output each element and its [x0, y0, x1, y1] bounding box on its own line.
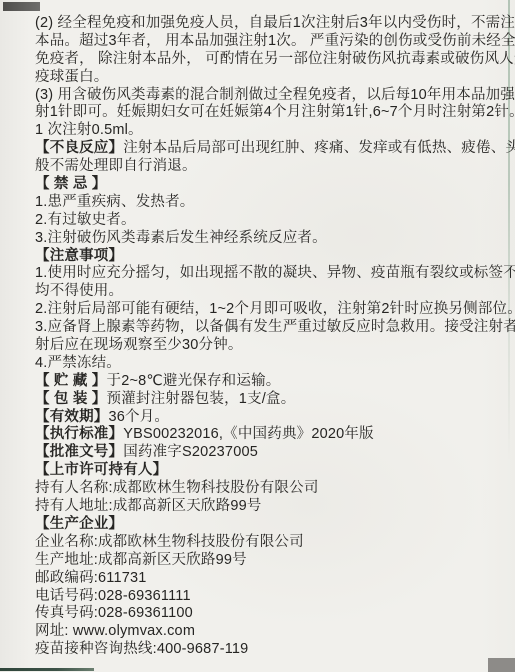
section-heading: 【注意事项】 [35, 248, 123, 264]
text-line: 1.患严重疾病、发热者。 [35, 194, 487, 212]
text-line: 疫苗接种咨询热线:400-9687-119 [35, 641, 487, 659]
line-text: 疫苗接种咨询热线:400-9687-119 [35, 641, 248, 657]
line-text: 射1针即可。妊娠期妇女可在妊娠第4个月注射第1针,6~7个月时注射第2针。每 [35, 104, 515, 120]
line-text: 射后应在现场观察至少30分钟。 [35, 337, 243, 353]
line-text: 3.应备肾上腺素等药物，以备偶有发生严重过敏反应时急救用。接受注射者在注 [35, 319, 515, 335]
line-text: 于2~8℃避光保存和运输。 [107, 373, 281, 389]
line-text: 预灌封注射器包装，1支/盒。 [107, 391, 296, 407]
text-line: 【批准文号】国药准字S20237005 [35, 444, 487, 462]
line-text: 国药准字S20237005 [123, 444, 258, 460]
text-line: 企业名称:成都欧林生物科技股份有限公司 [35, 534, 487, 552]
line-text: 免疫者， 除注射本品外， 可酌情在另一部位注射破伤风抗毒素或破伤风人免 [35, 51, 515, 67]
line-text: 2.有过敏史者。 [35, 212, 136, 228]
text-line: 本品。超过3年者， 用本品加强注射1次。 严重污染的创伤或受伤前未经全程 [35, 33, 487, 51]
text-line: 持有人地址:成都高新区天欣路99号 [35, 498, 487, 516]
text-line: 般不需处理即自行消退。 [35, 158, 487, 176]
line-text: 生产地址:成都高新区天欣路99号 [35, 552, 247, 568]
line-text: 邮政编码:611731 [35, 570, 147, 586]
text-line: 【不良反应】注射本品后局部可出现红肿、疼痛、发痒或有低热、疲倦、头痛等，一 [35, 140, 487, 158]
scan-artifact-bottom-right [488, 658, 515, 672]
text-line: 3.应备肾上腺素等药物，以备偶有发生严重过敏反应时急救用。接受注射者在注 [35, 319, 487, 337]
text-line: 1.使用时应充分摇匀，如出现摇不散的凝块、异物、疫苗瓶有裂纹或标签不清者， [35, 265, 487, 283]
section-heading: 【 贮 藏 】 [35, 373, 107, 389]
text-line: (2) 经全程免疫和加强免疫人员，自最后1次注射后3年以内受伤时，不需注射 [35, 15, 487, 33]
line-text: 4.严禁冻结。 [35, 355, 121, 371]
text-line: 2.有过敏史者。 [35, 212, 487, 230]
text-line: 疫球蛋白。 [35, 69, 487, 87]
document-body: (2) 经全程免疫和加强免疫人员，自最后1次注射后3年以内受伤时，不需注射 本品… [35, 15, 487, 659]
line-text: 持有人名称:成都欧林生物科技股份有限公司 [35, 480, 319, 496]
line-text: 电话号码:028-69361111 [35, 588, 191, 604]
text-line: 【执行标准】YBS00232016,《中国药典》2020年版 [35, 426, 487, 444]
section-heading: 【 禁 忌 】 [35, 176, 107, 192]
line-text: 注射本品后局部可出现红肿、疼痛、发痒或有低热、疲倦、头痛等，一 [123, 140, 515, 156]
line-text: 36个月。 [109, 409, 170, 425]
scan-edge-strip-bottom-left [0, 668, 94, 671]
text-line: 【注意事项】 [35, 248, 487, 266]
line-text: 1.使用时应充分摇匀，如出现摇不散的凝块、异物、疫苗瓶有裂纹或标签不清者， [35, 265, 515, 281]
text-line: 邮政编码:611731 [35, 570, 487, 588]
text-line: 【 禁 忌 】 [35, 176, 487, 194]
section-heading: 【上市许可持有人】 [35, 462, 167, 478]
line-text: 1.患严重疾病、发热者。 [35, 194, 195, 210]
text-line: 射1针即可。妊娠期妇女可在妊娠第4个月注射第1针,6~7个月时注射第2针。每 [35, 104, 487, 122]
text-line: 【有效期】36个月。 [35, 409, 487, 427]
text-line: 射后应在现场观察至少30分钟。 [35, 337, 487, 355]
text-line: 【 贮 藏 】于2~8℃避光保存和运输。 [35, 373, 487, 391]
section-heading: 【有效期】 [35, 409, 109, 425]
text-line: 生产地址:成都高新区天欣路99号 [35, 552, 487, 570]
line-text: 3.注射破伤风类毒素后发生神经系统反应者。 [35, 230, 327, 246]
line-text: 1 次注射0.5ml。 [35, 122, 143, 138]
text-line: 传真号码:028-69361100 [35, 605, 487, 623]
section-heading: 【不良反应】 [35, 140, 123, 156]
line-text: 2.注射后局部可能有硬结，1~2个月即可吸收，注射第2针时应换另侧部位。 [35, 301, 515, 317]
page-fold-edge-line [508, 0, 510, 460]
text-line: 1 次注射0.5ml。 [35, 122, 487, 140]
text-line: 网址: www.olymvax.com [35, 623, 487, 641]
line-text: 般不需处理即自行消退。 [35, 158, 197, 174]
text-line: 2.注射后局部可能有硬结，1~2个月即可吸收，注射第2针时应换另侧部位。 [35, 301, 487, 319]
line-text: YBS00232016,《中国药典》2020年版 [123, 426, 374, 442]
text-line: 【 包 装 】预灌封注射器包装，1支/盒。 [35, 391, 487, 409]
section-heading: 【生产企业】 [35, 516, 123, 532]
line-text: 均不得使用。 [35, 283, 123, 299]
section-heading: 【执行标准】 [35, 426, 123, 442]
line-text: (3) 用含破伤风类毒素的混合制剂做过全程免疫者，以后每10年用本品加强注 [35, 87, 515, 103]
text-line: 持有人名称:成都欧林生物科技股份有限公司 [35, 480, 487, 498]
line-text: 持有人地址:成都高新区天欣路99号 [35, 498, 262, 514]
section-heading: 【 包 装 】 [35, 391, 107, 407]
scan-artifact-top-left [3, 2, 40, 11]
line-text: 疫球蛋白。 [35, 69, 109, 85]
line-text: 传真号码:028-69361100 [35, 605, 193, 621]
text-line: (3) 用含破伤风类毒素的混合制剂做过全程免疫者，以后每10年用本品加强注 [35, 87, 487, 105]
section-heading: 【批准文号】 [35, 444, 123, 460]
text-line: 【上市许可持有人】 [35, 462, 487, 480]
line-text: 企业名称:成都欧林生物科技股份有限公司 [35, 534, 304, 550]
text-line: 【生产企业】 [35, 516, 487, 534]
text-line: 4.严禁冻结。 [35, 355, 487, 373]
text-line: 免疫者， 除注射本品外， 可酌情在另一部位注射破伤风抗毒素或破伤风人免 [35, 51, 487, 69]
line-text: 网址: www.olymvax.com [35, 623, 195, 639]
package-insert-page: (2) 经全程免疫和加强免疫人员，自最后1次注射后3年以内受伤时，不需注射 本品… [0, 0, 515, 672]
line-text: (2) 经全程免疫和加强免疫人员，自最后1次注射后3年以内受伤时，不需注射 [35, 15, 515, 31]
text-line: 电话号码:028-69361111 [35, 588, 487, 606]
text-line: 均不得使用。 [35, 283, 487, 301]
text-line: 3.注射破伤风类毒素后发生神经系统反应者。 [35, 230, 487, 248]
line-text: 本品。超过3年者， 用本品加强注射1次。 严重污染的创伤或受伤前未经全程 [35, 33, 515, 49]
